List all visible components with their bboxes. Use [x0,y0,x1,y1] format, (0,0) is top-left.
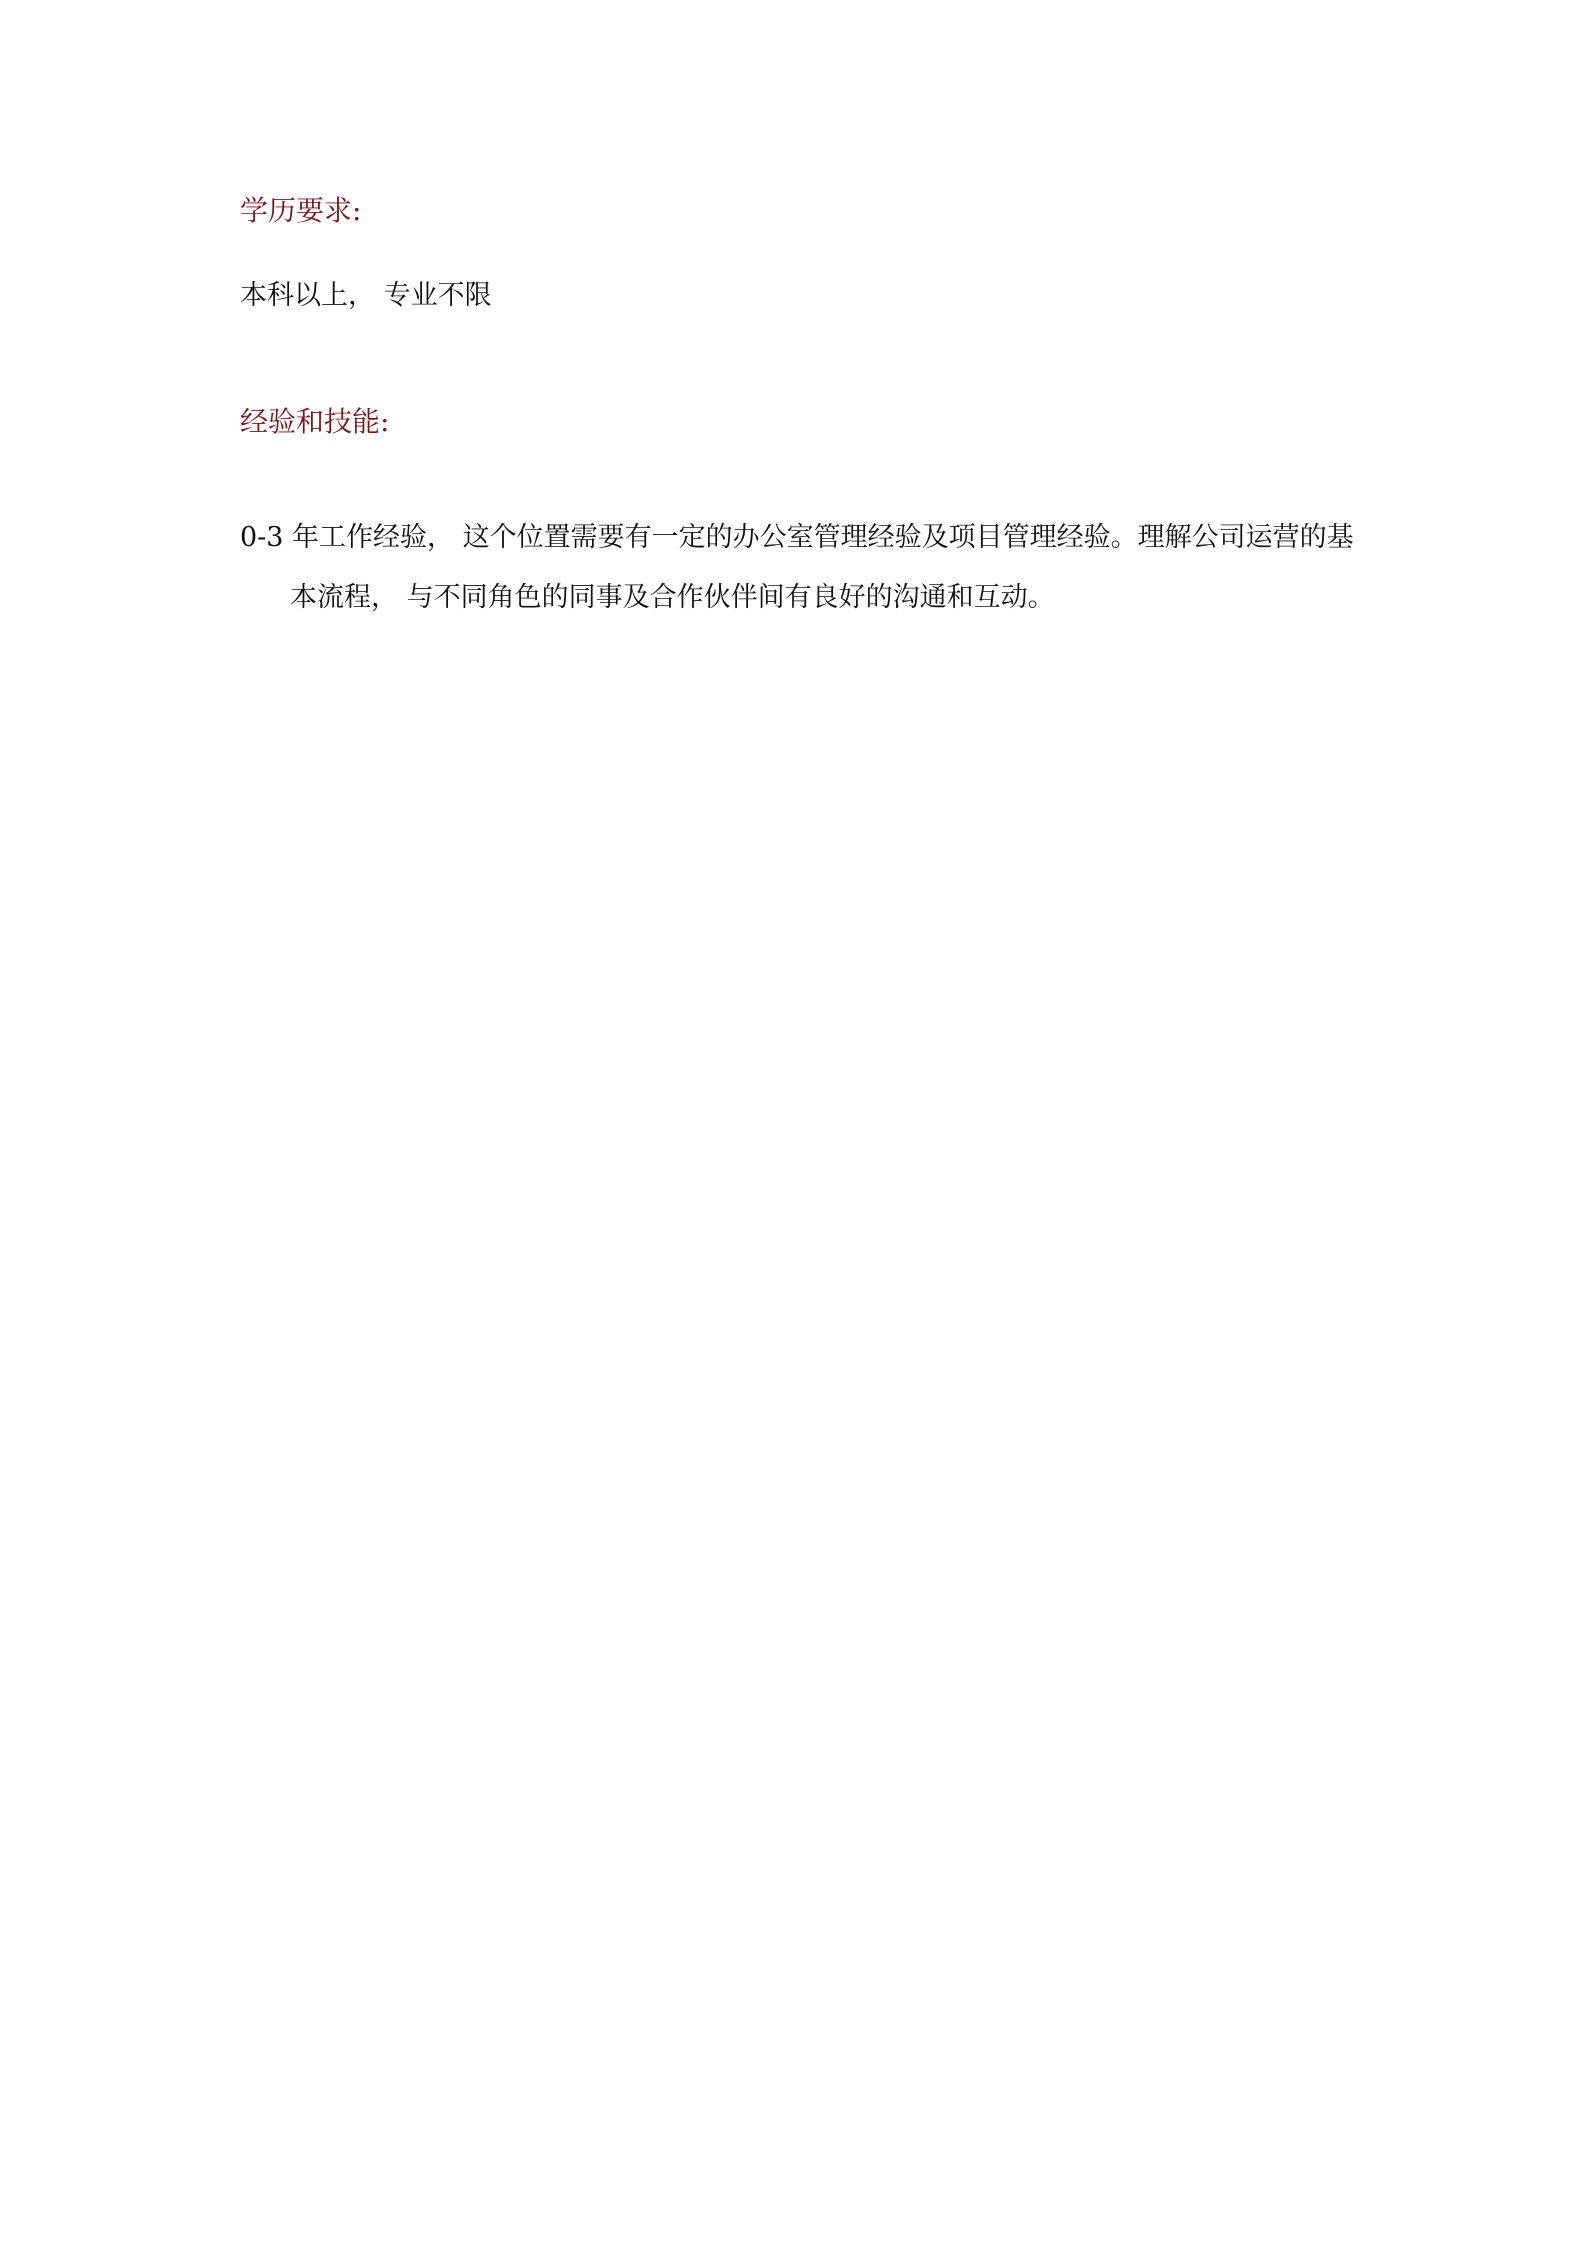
experience-skills-paragraph: 0-3 年工作经验， 这个位置需要有一定的办公室管理经验及项目管理经验。理解公司… [240,508,1392,628]
education-requirements-heading: 学历要求: [240,193,361,229]
experience-skills-heading: 经验和技能: [240,404,389,440]
experience-skills-line-2: 本流程， 与不同角色的同事及合作伙伴间有良好的沟通和互动。 [240,568,1392,628]
education-requirements-text: 本科以上， 专业不限 [240,278,492,314]
experience-skills-line-1: 0-3 年工作经验， 这个位置需要有一定的办公室管理经验及项目管理经验。理解公司… [240,508,1392,568]
document-page: 学历要求: 本科以上， 专业不限 经验和技能: 0-3 年工作经验， 这个位置需… [0,0,1586,2244]
